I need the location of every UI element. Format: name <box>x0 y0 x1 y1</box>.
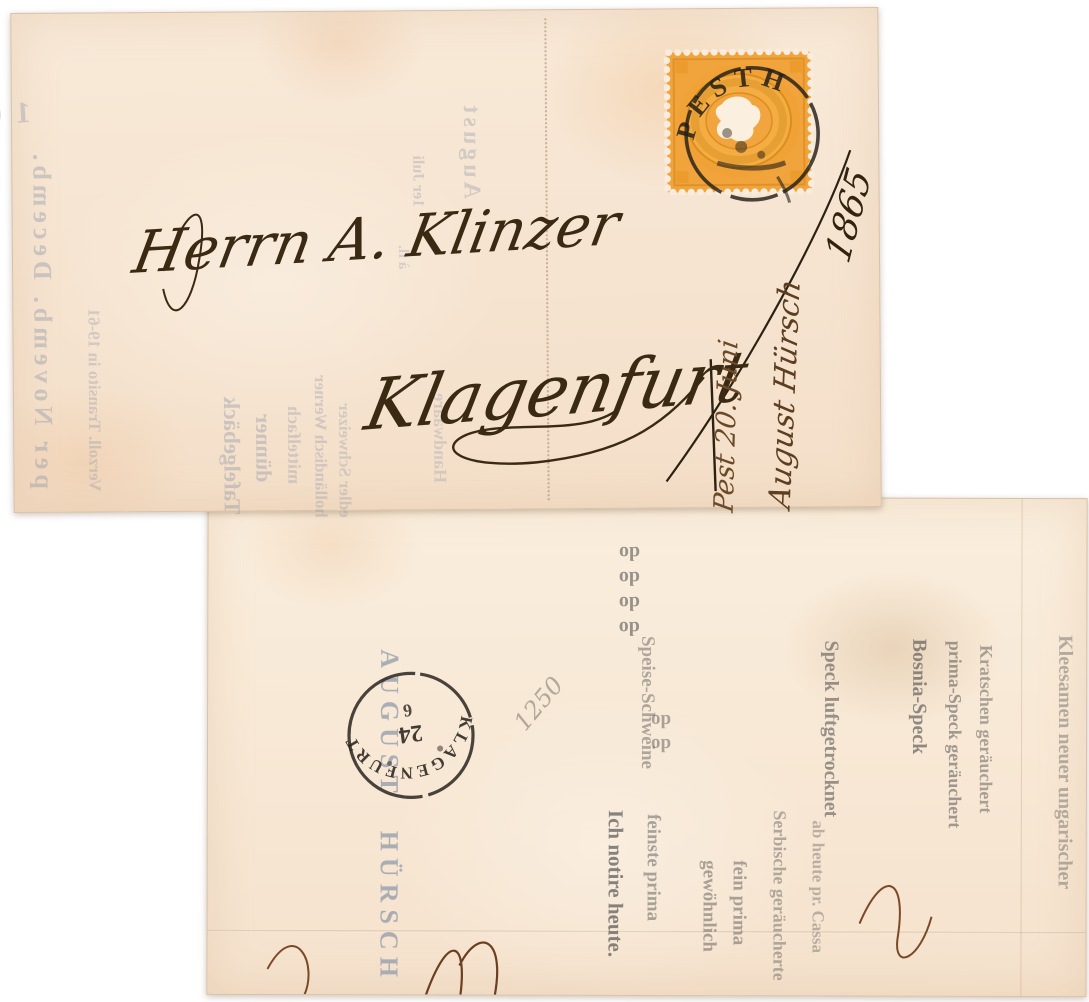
print-ditto-column: do do do do <box>610 540 648 640</box>
postmark-town-text: PESTH <box>670 61 796 143</box>
print-fragment: Kratschen geräuchert <box>975 645 996 814</box>
showthrough-date: 1er Juli <box>408 155 426 207</box>
svg-text:PESTH: PESTH <box>670 61 796 143</box>
address-line-name: Herrn A. Klinzer <box>128 189 625 287</box>
print-fragment: prima-Speck geräuchert <box>944 641 965 829</box>
pencil-notation: 1250 <box>508 671 569 736</box>
scan-canvas: 10 11 10 52 34 34 33 34 — 33 per Novemb.… <box>0 0 1089 1002</box>
showthrough-item: holländisch Werner <box>310 375 331 518</box>
print-fragment: Speck luftgetrocknet <box>819 640 842 817</box>
print-fragment: Kleesamen neuer ungarischer <box>1053 635 1077 889</box>
postmark-day: 24 <box>397 719 424 748</box>
fold-crease-horizontal <box>208 930 1086 934</box>
cover-back: Speise-Schweine do do do do Speck luftge… <box>206 496 1087 997</box>
showthrough-item: dünner <box>250 414 276 483</box>
showthrough-august: August <box>457 101 485 199</box>
print-ditto-column: do do <box>644 708 678 756</box>
pesth-postmark: PESTH <box>656 36 847 227</box>
print-fragment: feinste prima <box>642 814 664 921</box>
print-fragment: fein prima <box>727 860 749 945</box>
docket-date: Pest 20. Juni <box>709 337 745 514</box>
fold-crease-vertical <box>1020 499 1022 996</box>
docket-sender: August Hürsch <box>763 276 808 511</box>
showthrough-item: Tafelgebäck <box>218 396 245 514</box>
showthrough-months: per Novemb. Decemb. <box>26 149 58 489</box>
showthrough-item: mittelfach <box>283 406 305 484</box>
cover-front: 10 11 10 52 34 34 33 34 — 33 per Novemb.… <box>10 7 881 513</box>
showthrough-item: edler Schweizer <box>334 403 355 518</box>
print-fragment: gewöhnlich <box>697 860 719 952</box>
print-fragment: Serbische geräucherte <box>768 810 789 981</box>
print-fragment: Bosnia-Speck <box>907 639 930 755</box>
print-fragment: ab heute pr. Cassa <box>807 820 827 953</box>
print-fragment: Ich notire heute. <box>602 810 627 957</box>
showthrough-customs: Verzoll. Transito in 19-61 <box>83 308 104 491</box>
address-line-town: Klagenfurt <box>359 334 755 447</box>
klagenfurt-postmark: KLAGENFURT 24 6 <box>326 651 495 820</box>
postmark-hour: 6 <box>402 700 414 721</box>
